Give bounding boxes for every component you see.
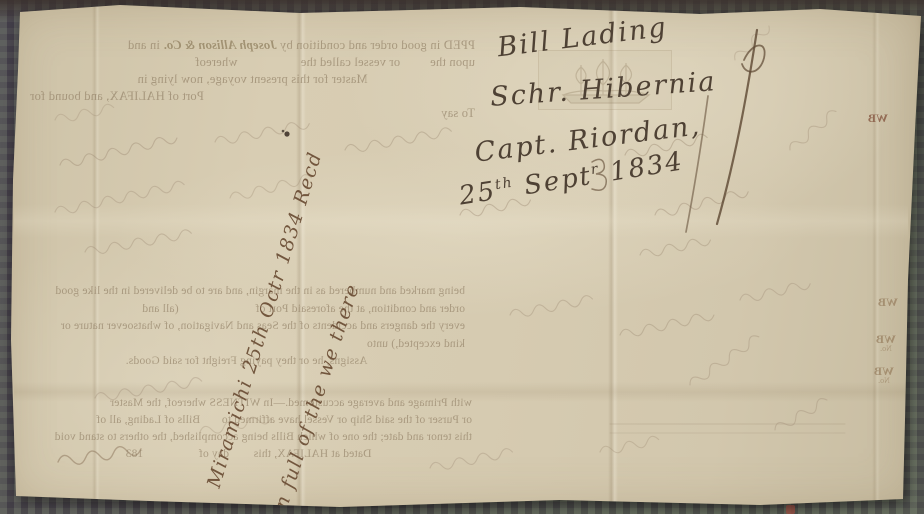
cargo-mark-no: No. bbox=[876, 344, 896, 354]
cargo-mark-wb: WBNo. bbox=[874, 366, 894, 386]
printed-line: Master for this present voyage, now lyin… bbox=[30, 71, 475, 88]
printed-line: upon the or vessel called the whereof bbox=[30, 54, 475, 71]
photo-background-fabric: PPED in good order and condition by Jose… bbox=[0, 0, 924, 514]
cargo-mark-no: No. bbox=[874, 376, 894, 386]
date-day-ordinal: th bbox=[494, 175, 515, 194]
printed-text: PPED in good order and condition by bbox=[276, 38, 475, 52]
printed-line: order and condition, at the aforesaid Po… bbox=[28, 301, 465, 319]
date-day: 25 bbox=[457, 176, 498, 211]
date-month: Sept bbox=[522, 161, 594, 201]
printed-line: every the dangers and accidents of the S… bbox=[28, 318, 465, 336]
printed-line: Dated at HALIFAX, this day of 183 bbox=[25, 446, 472, 463]
fold-crease bbox=[872, 0, 880, 514]
bill-of-lading-reverse: PPED in good order and condition by Jose… bbox=[0, 0, 924, 514]
printed-line: this tenor and date; the one of which Bi… bbox=[25, 429, 472, 446]
date-month-ordinal: r bbox=[590, 161, 601, 178]
printed-line: Port of HALIFAX, and bound for bbox=[30, 88, 475, 105]
printed-text: in and bbox=[128, 38, 163, 52]
document-paper-wrap: PPED in good order and condition by Jose… bbox=[0, 0, 924, 514]
cargo-mark-wb: WBNo. bbox=[876, 334, 896, 354]
printed-form-bleedthrough-top: PPED in good order and condition by Jose… bbox=[30, 37, 475, 122]
cargo-mark-wb: WB bbox=[878, 297, 898, 307]
shipper-firm-name: Joseph Allison & Co. bbox=[163, 38, 276, 52]
printed-line: To say bbox=[30, 105, 475, 122]
printed-line: or Purser of the said Ship or Vessel hav… bbox=[25, 412, 472, 429]
printed-line: being marked and numbered as in the marg… bbox=[28, 283, 465, 301]
cargo-mark-wb: WB bbox=[868, 113, 888, 123]
date-year: 1834 bbox=[608, 146, 686, 187]
printed-line: PPED in good order and condition by Jose… bbox=[30, 37, 475, 54]
